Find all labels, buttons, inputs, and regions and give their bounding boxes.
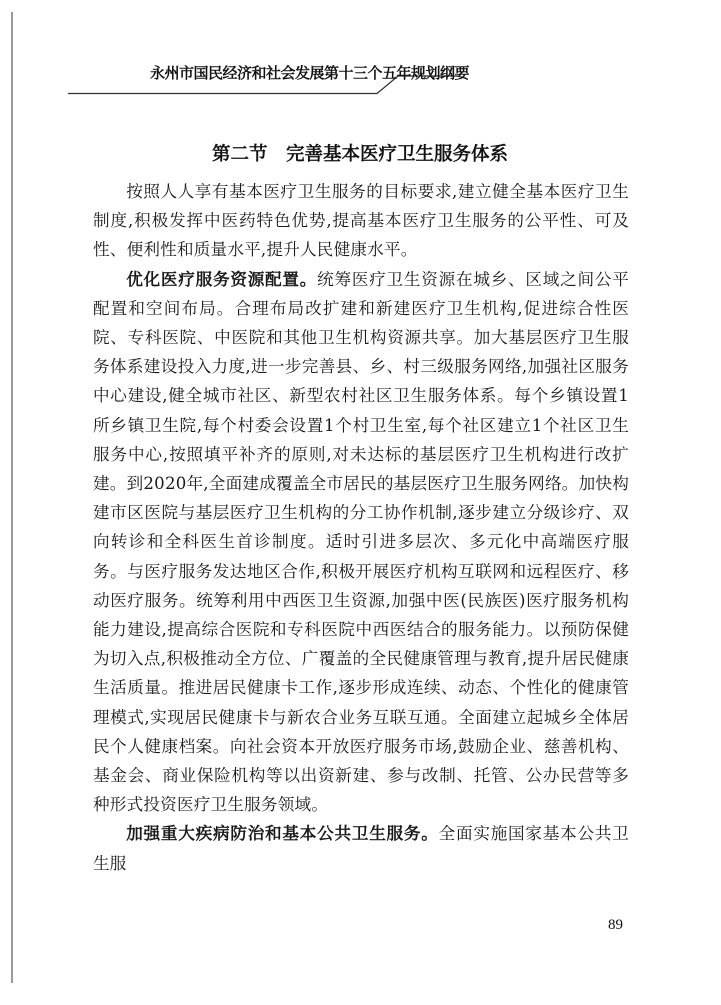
paragraph-lead: 加强重大疾病防治和基本公共卫生服务。 [126,824,438,843]
body-text: 按照人人享有基本医疗卫生服务的目标要求,建立健全基本医疗卫生制度,积极发挥中医药… [93,177,629,878]
paragraph-text: 按照人人享有基本医疗卫生服务的目标要求,建立健全基本医疗卫生制度,积极发挥中医药… [93,182,629,259]
page-edge-rule [11,12,13,983]
paragraph-disease-prevention: 加强重大疾病防治和基本公共卫生服务。全面实施国家基本公共卫生服 [93,819,629,877]
paragraph-text: 统筹医疗卫生资源在城乡、区域之间公平配置和空间布局。合理布局改扩建和新建医疗卫生… [93,270,629,815]
paragraph-intro: 按照人人享有基本医疗卫生服务的目标要求,建立健全基本医疗卫生制度,积极发挥中医药… [93,177,629,265]
page-number: 89 [608,917,623,934]
paragraph-lead: 优化医疗服务资源配置。 [126,270,317,289]
section-title: 第二节 完善基本医疗卫生服务体系 [80,140,640,166]
running-header-title: 永州市国民经济和社会发展第十三个五年规划纲要 [150,62,446,83]
running-header: 永州市国民经济和社会发展第十三个五年规划纲要 [68,62,658,102]
paragraph-resource-allocation: 优化医疗服务资源配置。统筹医疗卫生资源在城乡、区域之间公平配置和空间布局。合理布… [93,265,629,820]
